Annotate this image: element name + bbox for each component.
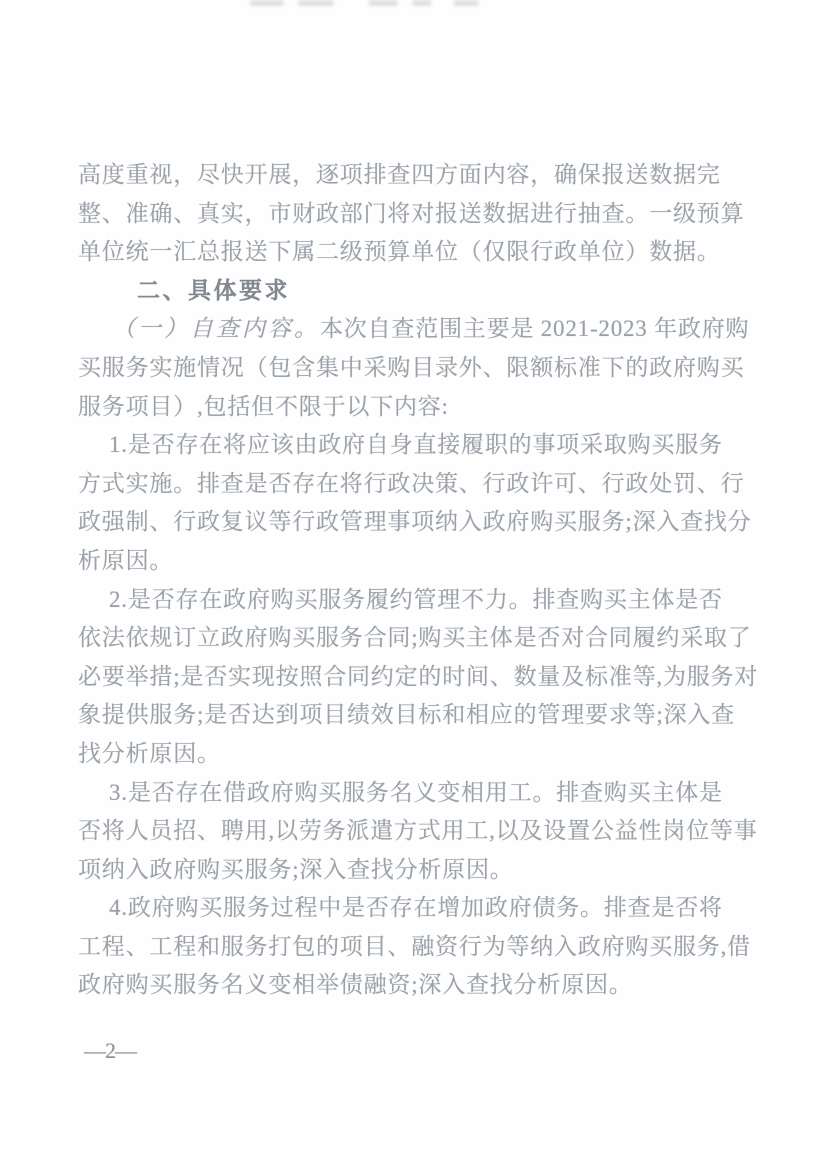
clause-3-line-1: 3.是否存在借政府购买服务名义变相用工。排查购买主体是 bbox=[78, 774, 750, 813]
subsection-lead: （一）自查内容。 bbox=[112, 316, 320, 341]
document-page: 高度重视，尽快开展，逐项排查四方面内容，确保报送数据完 整、准确、真实，市财政部… bbox=[0, 0, 822, 1166]
intro-line-2: 整、准确、真实，市财政部门将对报送数据进行抽查。一级预算 bbox=[78, 195, 750, 234]
clause-4-line-3: 政府购买服务名义变相举债融资;深入查找分析原因。 bbox=[78, 966, 750, 1005]
clause-2-line-4: 象提供服务;是否达到项目绩效目标和相应的管理要求等;深入查 bbox=[78, 696, 750, 735]
clause-4-line-1: 4.政府购买服务过程中是否存在增加政府债务。排查是否将 bbox=[78, 889, 750, 928]
clause-2-line-3: 必要举措;是否实现按照合同约定的时间、数量及标准等,为服务对 bbox=[78, 658, 750, 697]
subsection-lead-rest: 本次自查范围主要是 2021-2023 年政府购 bbox=[320, 316, 749, 341]
scan-smudge bbox=[368, 0, 398, 6]
scan-smudge bbox=[412, 0, 432, 6]
scan-smudge bbox=[453, 0, 479, 6]
clause-4-line-2: 工程、工程和服务打包的项目、融资行为等纳入政府购买服务,借 bbox=[78, 928, 750, 967]
intro-line-3: 单位统一汇总报送下属二级预算单位（仅限行政单位）数据。 bbox=[78, 233, 750, 272]
clause-1-line-3: 政强制、行政复议等行政管理事项纳入政府购买服务;深入查找分 bbox=[78, 503, 750, 542]
clause-2-line-2: 依法依规订立政府购买服务合同;购买主体是否对合同履约采取了 bbox=[78, 619, 750, 658]
clause-1-line-4: 析原因。 bbox=[78, 542, 750, 581]
scan-smudge bbox=[298, 0, 334, 6]
clause-3-line-2: 否将人员招、聘用,以劳务派遣方式用工,以及设置公益性岗位等事 bbox=[78, 812, 750, 851]
clause-1-line-1: 1.是否存在将应该由政府自身直接履职的事项采取购买服务 bbox=[78, 426, 750, 465]
subsection-line-2: 买服务实施情况（包含集中采购目录外、限额标准下的政府购买 bbox=[78, 349, 750, 388]
clause-2-line-5: 找分析原因。 bbox=[78, 735, 750, 774]
intro-line-1: 高度重视，尽快开展，逐项排查四方面内容，确保报送数据完 bbox=[78, 156, 750, 195]
document-text-block: 高度重视，尽快开展，逐项排查四方面内容，确保报送数据完 整、准确、真实，市财政部… bbox=[78, 156, 750, 1005]
subsection-line-3: 服务项目）,包括但不限于以下内容: bbox=[78, 388, 750, 427]
scan-smudge bbox=[250, 0, 284, 6]
clause-2-line-1: 2.是否存在政府购买服务履约管理不力。排查购买主体是否 bbox=[78, 581, 750, 620]
page-number: —2— bbox=[84, 1038, 136, 1064]
subsection-line-1: （一）自查内容。本次自查范围主要是 2021-2023 年政府购 bbox=[78, 310, 750, 349]
section-heading: 二、具体要求 bbox=[78, 272, 750, 311]
clause-1-line-2: 方式实施。排查是否存在将行政决策、行政许可、行政处罚、行 bbox=[78, 465, 750, 504]
clause-3-line-3: 项纳入政府购买服务;深入查找分析原因。 bbox=[78, 851, 750, 890]
